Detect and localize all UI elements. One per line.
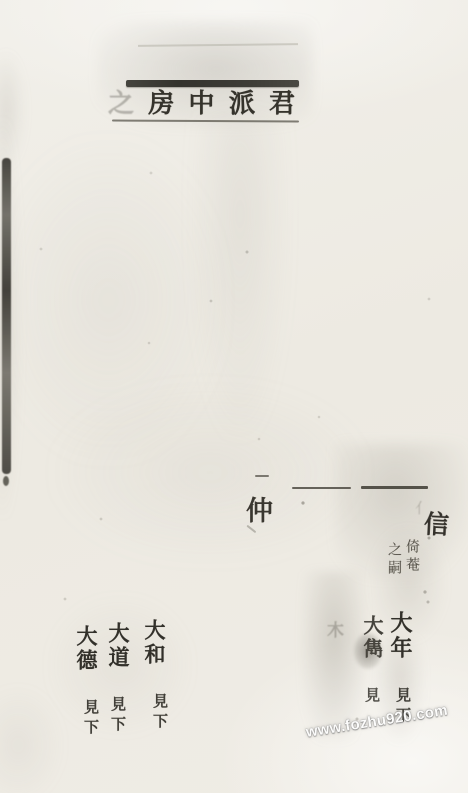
header-underline [112, 120, 299, 123]
title-char: 派 [228, 90, 255, 119]
see-below-note: 見下 [109, 696, 124, 736]
person-name: 大道 [106, 622, 130, 670]
paper-stain [14, 140, 224, 460]
paper-stain [0, 690, 60, 793]
genealogy-scan-page: 君 派 中 房 之 仲 亻 信 倚菴 之嗣 大和 見下 大道 見下 大德 見下 … [0, 0, 468, 793]
branch-line-stub [255, 475, 269, 477]
watermark-text: www.fozhu920.com [305, 702, 449, 741]
see-below-note: 見下 [151, 693, 166, 733]
name-column-dajun: 大雋 見 [361, 615, 381, 707]
generation-name-zhong: 仲 [246, 489, 273, 528]
paper-stain [55, 385, 365, 560]
paper-stain [194, 118, 286, 438]
name-column-dadao: 大道 見下 [107, 622, 128, 736]
person-name: 大雋 [360, 615, 382, 661]
name-column-dade: 大德 見下 [75, 625, 96, 739]
branch-line-right [361, 486, 428, 489]
title-char: 君 [269, 90, 295, 119]
binding-edge-strip [2, 158, 11, 474]
paper-stain [0, 50, 24, 170]
person-name: 大德 [74, 625, 98, 673]
see-below-note: 見 [363, 687, 378, 707]
title-char-faded: 之 [108, 90, 134, 119]
binding-mark [3, 476, 9, 486]
name-column-dahe: 大和 見下 [143, 619, 164, 733]
faint-character: 木 [327, 616, 344, 641]
annotation-heir-note: 之嗣 [386, 542, 400, 578]
page-title: 君 派 中 房 之 [108, 90, 295, 119]
see-below-note: 見下 [82, 699, 97, 739]
title-char: 房 [148, 90, 174, 119]
generation-name-xin: 信 [423, 504, 450, 541]
header-bar [126, 80, 299, 87]
title-char: 中 [188, 90, 214, 119]
annotation-style-name: 倚菴 [404, 539, 418, 575]
paper-specks [0, 0, 2, 2]
person-name: 大年 [388, 611, 413, 661]
paper-stain [303, 572, 365, 740]
person-name: 大和 [142, 619, 166, 667]
branch-line-left [292, 487, 351, 489]
header-thin-rule [138, 43, 298, 46]
